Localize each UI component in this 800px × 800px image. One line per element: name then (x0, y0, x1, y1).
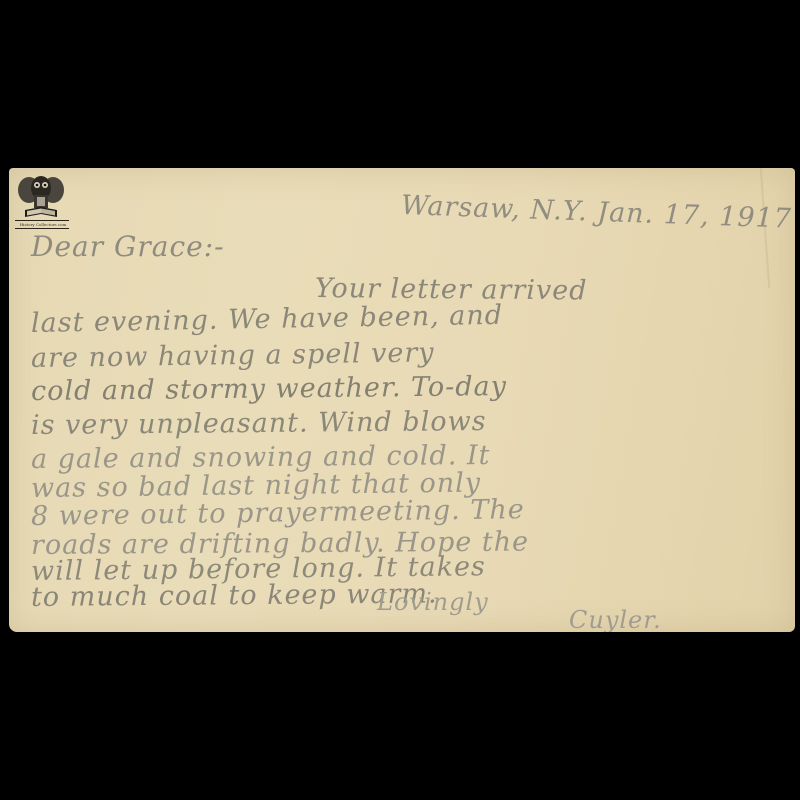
logo-rule-bottom (15, 228, 69, 229)
owl-on-book-icon (11, 170, 71, 222)
logo-rule-top (15, 220, 69, 221)
body-line: is very unpleasant. Wind blows (31, 406, 487, 441)
closing: Lovingly (377, 588, 489, 616)
watermark-logo: History Collectors.com (11, 170, 71, 236)
postcard: History Collectors.com Warsaw, N.Y. Jan.… (9, 168, 795, 632)
watermark-text: History Collectors.com (15, 222, 71, 227)
body-line: are now having a spell very (31, 337, 435, 374)
dateline: Warsaw, N.Y. Jan. 17, 1917 (400, 190, 792, 235)
body-line: last evening. We have been, and (31, 300, 504, 339)
signature: Cuyler. (569, 606, 662, 632)
salutation: Dear Grace:- (31, 230, 225, 263)
body-line: cold and stormy weather. To-day (31, 371, 507, 407)
